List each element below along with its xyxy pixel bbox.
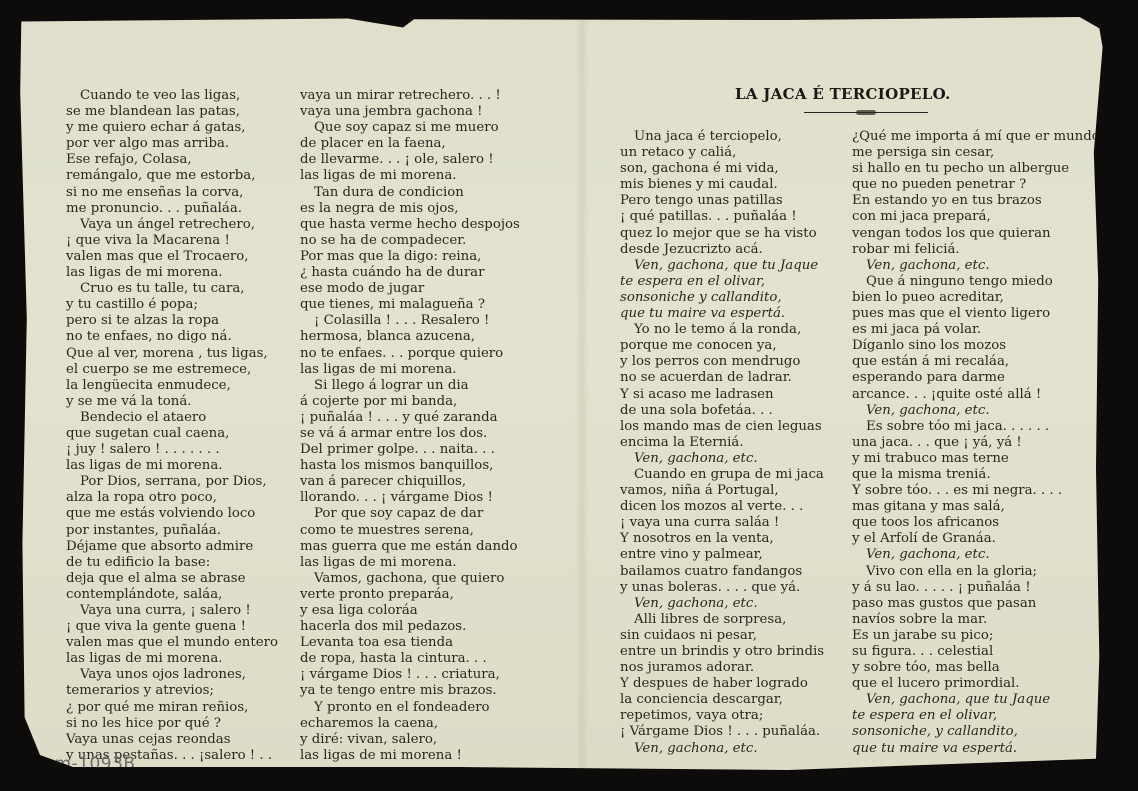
poem-line: Pero tengo unas patillas: [620, 193, 824, 209]
poem-line: sin cuidaos ni pesar,: [620, 628, 824, 644]
poem-column-4: ¿Qué me importa á mí que er mundome pers…: [852, 129, 1100, 757]
poem-line: las ligas de mi morena.: [66, 458, 278, 474]
poem-line: llorando. . . ¡ várgame Dios !: [300, 490, 520, 506]
broadside-sheet: Cuando te veo las ligas,se me blandean l…: [18, 17, 1118, 770]
poem-line: y unas boleras. . . . que yá.: [620, 580, 824, 596]
poem-line: Y nosotros en la venta,: [620, 531, 824, 547]
poem-line: arcance. . . ¡quite osté allá !: [852, 387, 1100, 403]
poem-line: esperando para darme: [852, 370, 1100, 386]
poem-line: Del primer golpe. . . naita. . .: [300, 442, 520, 458]
poem-line: Una jaca é terciopelo,: [620, 129, 824, 145]
poem-line: que están á mi recaláa,: [852, 354, 1100, 370]
poem-line: ¡ que viva la gente guena !: [66, 619, 278, 635]
poem-line: si no les hice por qué ?: [66, 716, 278, 732]
poem-line: desde Jezucrizto acá.: [620, 242, 824, 258]
poem-line: Ven, gachona, etc.: [620, 741, 824, 757]
poem-line: Que soy capaz si me muero: [300, 120, 520, 136]
poem-line: un retaco y caliá,: [620, 145, 824, 161]
poem-column-3: Una jaca é terciopelo,un retaco y caliá,…: [620, 129, 824, 757]
poem-line: me pronuncio. . . puñaláa.: [66, 201, 278, 217]
poem-line: los mando mas de cien leguas: [620, 419, 824, 435]
poem-line: me persiga sin cesar,: [852, 145, 1100, 161]
poem-line: por ver algo mas arriba.: [66, 136, 278, 152]
poem-line: Si llego á lograr un dia: [300, 378, 520, 394]
poem-line: es mi jaca pá volar.: [852, 322, 1100, 338]
poem-line: vaya una jembra gachona !: [300, 104, 520, 120]
poem-line: son, gachona é mi vida,: [620, 161, 824, 177]
poem-line: con mi jaca prepará,: [852, 209, 1100, 225]
poem-line: Y pronto en el fondeadero: [300, 700, 520, 716]
poem-line: si no me enseñas la corva,: [66, 185, 278, 201]
poem-line: y á su lao. . . . . ¡ puñaláa !: [852, 580, 1100, 596]
poem-line: bailamos cuatro fandangos: [620, 564, 824, 580]
poem-line: las ligas de mi morena.: [66, 265, 278, 281]
poem-line: de una sola bofetáa. . .: [620, 403, 824, 419]
poem-line: Ven, gachona, etc.: [852, 547, 1100, 563]
poem-line: por instantes, puñaláa.: [66, 523, 278, 539]
poem-line: nos juramos adorar.: [620, 660, 824, 676]
poem-line: Bendecio el ataero: [66, 410, 278, 426]
poem-line: Por que soy capaz de dar: [300, 506, 520, 522]
poem-line: ¡ vaya una curra saláa !: [620, 515, 824, 531]
poem-line: de placer en la faena,: [300, 136, 520, 152]
poem-line: ¡ qué patillas. . . puñaláa !: [620, 209, 824, 225]
poem-line: Levanta toa esa tienda: [300, 635, 520, 651]
poem-line: Vaya unas cejas reondas: [66, 732, 278, 748]
poem-line: y se me vá la toná.: [66, 394, 278, 410]
poem-line: ¡ que viva la Macarena !: [66, 233, 278, 249]
poem-line: las ligas de mi morena.: [66, 651, 278, 667]
poem-line: Y si acaso me ladrasen: [620, 387, 824, 403]
poem-line: paso mas gustos que pasan: [852, 596, 1100, 612]
poem-line: las ligas de mi morena !: [300, 748, 520, 764]
poem-line: ya te tengo entre mis brazos.: [300, 683, 520, 699]
poem-line: Ven, gachona, etc.: [852, 403, 1100, 419]
poem-line: y los perros con mendrugo: [620, 354, 824, 370]
poem-line: Tan dura de condicion: [300, 185, 520, 201]
poem-line: Por Dios, serrana, por Dios,: [66, 474, 278, 490]
poem-line: que tu maire va espertá.: [620, 306, 824, 322]
poem-line: Cuando en grupa de mi jaca: [620, 467, 824, 483]
poem-line: mis bienes y mi caudal.: [620, 177, 824, 193]
poem-line: mas gitana y mas salá,: [852, 499, 1100, 515]
poem-line: Ven, gachona, que tu Jaque: [852, 692, 1100, 708]
poem-line: que tu maire va espertá.: [852, 741, 1100, 757]
poem-line: Es sobre tóo mi jaca. . . . . .: [852, 419, 1100, 435]
poem-line: que la misma treniá.: [852, 467, 1100, 483]
poem-line: que tienes, mi malagueña ?: [300, 297, 520, 313]
poem-line: Cuando te veo las ligas,: [66, 88, 278, 104]
poem-line: de ropa, hasta la cintura. . .: [300, 651, 520, 667]
poem-line: valen mas que el Trocaero,: [66, 249, 278, 265]
poem-line: entre un brindis y otro brindis: [620, 644, 824, 660]
poem-line: Que á ninguno tengo miedo: [852, 274, 1100, 290]
poem-line: que sugetan cual caena,: [66, 426, 278, 442]
poem-line: hacerla dos mil pedazos.: [300, 619, 520, 635]
poem-line: quez lo mejor que se ha visto: [620, 226, 824, 242]
poem-line: alza la ropa otro poco,: [66, 490, 278, 506]
poem-line: si hallo en tu pecho un albergue: [852, 161, 1100, 177]
poem-line: Ven, gachona, que tu Jaque: [620, 258, 824, 274]
poem-line: Y sobre tóo. . . es mi negra. . . .: [852, 483, 1100, 499]
poem-line: que hasta verme hecho despojos: [300, 217, 520, 233]
poem-column-1: Cuando te veo las ligas,se me blandean l…: [66, 88, 278, 764]
poem-line: Por mas que la digo: reina,: [300, 249, 520, 265]
poem-line: se vá á armar entre los dos.: [300, 426, 520, 442]
poem-line: pero si te alzas la ropa: [66, 313, 278, 329]
title-ornament-rule: [804, 112, 928, 113]
poem-line: no se acuerdan de ladrar.: [620, 370, 824, 386]
poem-line: sonsoniche, y callandito,: [852, 724, 1100, 740]
poem-line: y tu castillo é popa;: [66, 297, 278, 313]
poem-line: encima la Eterniá.: [620, 435, 824, 451]
poem-line: y me quiero echar á gatas,: [66, 120, 278, 136]
page-title: LA JACA É TERCIOPELO.: [735, 85, 951, 103]
poem-line: Vivo con ella en la gloria;: [852, 564, 1100, 580]
poem-line: ¡ várgame Dios ! . . . criatura,: [300, 667, 520, 683]
poem-line: Vaya un ángel retrechero,: [66, 217, 278, 233]
poem-line: las ligas de mi morena.: [300, 362, 520, 378]
poem-line: ¿Qué me importa á mí que er mundo: [852, 129, 1100, 145]
center-fold: [575, 17, 589, 770]
poem-line: hasta los mismos banquillos,: [300, 458, 520, 474]
poem-line: es la negra de mis ojos,: [300, 201, 520, 217]
poem-line: pues mas que el viento ligero: [852, 306, 1100, 322]
poem-line: de tu edificio la base:: [66, 555, 278, 571]
poem-line: ¿ por qué me miran reñios,: [66, 700, 278, 716]
poem-line: temerarios y atrevios;: [66, 683, 278, 699]
poem-line: van á parecer chiquillos,: [300, 474, 520, 490]
poem-line: ¿ hasta cuándo ha de durar: [300, 265, 520, 281]
poem-line: Vamos, gachona, que quiero: [300, 571, 520, 587]
poem-line: sonsoniche y callandito,: [620, 290, 824, 306]
catalog-mark: Rom-1093B: [32, 754, 136, 774]
poem-line: vamos, niña á Portugal,: [620, 483, 824, 499]
poem-line: y mi trabuco mas terne: [852, 451, 1100, 467]
poem-line: Ven, gachona, etc.: [852, 258, 1100, 274]
poem-line: se me blandean las patas,: [66, 104, 278, 120]
poem-line: que toos los africanos: [852, 515, 1100, 531]
poem-line: Déjame que absorto admire: [66, 539, 278, 555]
poem-line: el cuerpo se me estremece,: [66, 362, 278, 378]
poem-line: Ven, gachona, etc.: [620, 451, 824, 467]
poem-line: no te enfaes. . . porque quiero: [300, 346, 520, 362]
poem-line: que el lucero primordial.: [852, 676, 1100, 692]
poem-line: las ligas de mi morena.: [300, 555, 520, 571]
poem-line: te espera en el olivar,: [620, 274, 824, 290]
poem-line: Ven, gachona, etc.: [620, 596, 824, 612]
poem-line: repetimos, vaya otra;: [620, 708, 824, 724]
poem-line: verte pronto preparáa,: [300, 587, 520, 603]
poem-line: deja que el alma se abrase: [66, 571, 278, 587]
poem-line: y sobre tóo, mas bella: [852, 660, 1100, 676]
poem-line: y diré: vivan, salero,: [300, 732, 520, 748]
poem-line: las ligas de mi morena.: [300, 168, 520, 184]
poem-line: mas guerra que me están dando: [300, 539, 520, 555]
poem-line: Vaya una curra, ¡ salero !: [66, 603, 278, 619]
poem-line: y esa liga coloráa: [300, 603, 520, 619]
poem-line: Es un jarabe su pico;: [852, 628, 1100, 644]
poem-line: Vaya unos ojos ladrones,: [66, 667, 278, 683]
poem-line: la lengüecita enmudece,: [66, 378, 278, 394]
poem-line: Y despues de haber logrado: [620, 676, 824, 692]
poem-line: bien lo pueo acreditar,: [852, 290, 1100, 306]
poem-line: valen mas que el mundo entero: [66, 635, 278, 651]
poem-line: de llevarme. . . ¡ ole, salero !: [300, 152, 520, 168]
poem-line: ¡ Colasilla ! . . . Resalero !: [300, 313, 520, 329]
poem-line: vengan todos los que quieran: [852, 226, 1100, 242]
poem-line: ese modo de jugar: [300, 281, 520, 297]
poem-line: Yo no le temo á la ronda,: [620, 322, 824, 338]
poem-line: no se ha de compadecer.: [300, 233, 520, 249]
poem-line: ¡ puñaláa ! . . . y qué zaranda: [300, 410, 520, 426]
poem-line: vaya un mirar retrechero. . . !: [300, 88, 520, 104]
poem-line: dicen los mozos al verte. . .: [620, 499, 824, 515]
poem-line: á cojerte por mi banda,: [300, 394, 520, 410]
poem-column-2: vaya un mirar retrechero. . . !vaya una …: [300, 88, 520, 764]
poem-line: echaremos la caena,: [300, 716, 520, 732]
poem-line: remángalo, que me estorba,: [66, 168, 278, 184]
poem-line: que no pueden penetrar ?: [852, 177, 1100, 193]
poem-line: como te muestres serena,: [300, 523, 520, 539]
poem-line: y el Arfolí de Granáa.: [852, 531, 1100, 547]
poem-line: Que al ver, morena , tus ligas,: [66, 346, 278, 362]
poem-line: Díganlo sino los mozos: [852, 338, 1100, 354]
poem-line: una jaca. . . que ¡ yá, yá !: [852, 435, 1100, 451]
poem-line: que me estás volviendo loco: [66, 506, 278, 522]
poem-line: su figura. . . celestial: [852, 644, 1100, 660]
poem-line: porque me conocen ya,: [620, 338, 824, 354]
poem-line: ¡ Várgame Dios ! . . . puñaláa.: [620, 724, 824, 740]
poem-line: Ese refajo, Colasa,: [66, 152, 278, 168]
poem-line: navíos sobre la mar.: [852, 612, 1100, 628]
poem-line: te espera en el olivar,: [852, 708, 1100, 724]
poem-line: Cruo es tu talle, tu cara,: [66, 281, 278, 297]
poem-line: robar mi feliciá.: [852, 242, 1100, 258]
poem-line: hermosa, blanca azucena,: [300, 329, 520, 345]
poem-line: entre vino y palmear,: [620, 547, 824, 563]
poem-line: no te enfaes, no digo ná.: [66, 329, 278, 345]
poem-line: la conciencia descargar,: [620, 692, 824, 708]
poem-line: ¡ juy ! salero ! . . . . . . .: [66, 442, 278, 458]
poem-line: contemplándote, saláa,: [66, 587, 278, 603]
poem-line: En estando yo en tus brazos: [852, 193, 1100, 209]
poem-line: Alli libres de sorpresa,: [620, 612, 824, 628]
